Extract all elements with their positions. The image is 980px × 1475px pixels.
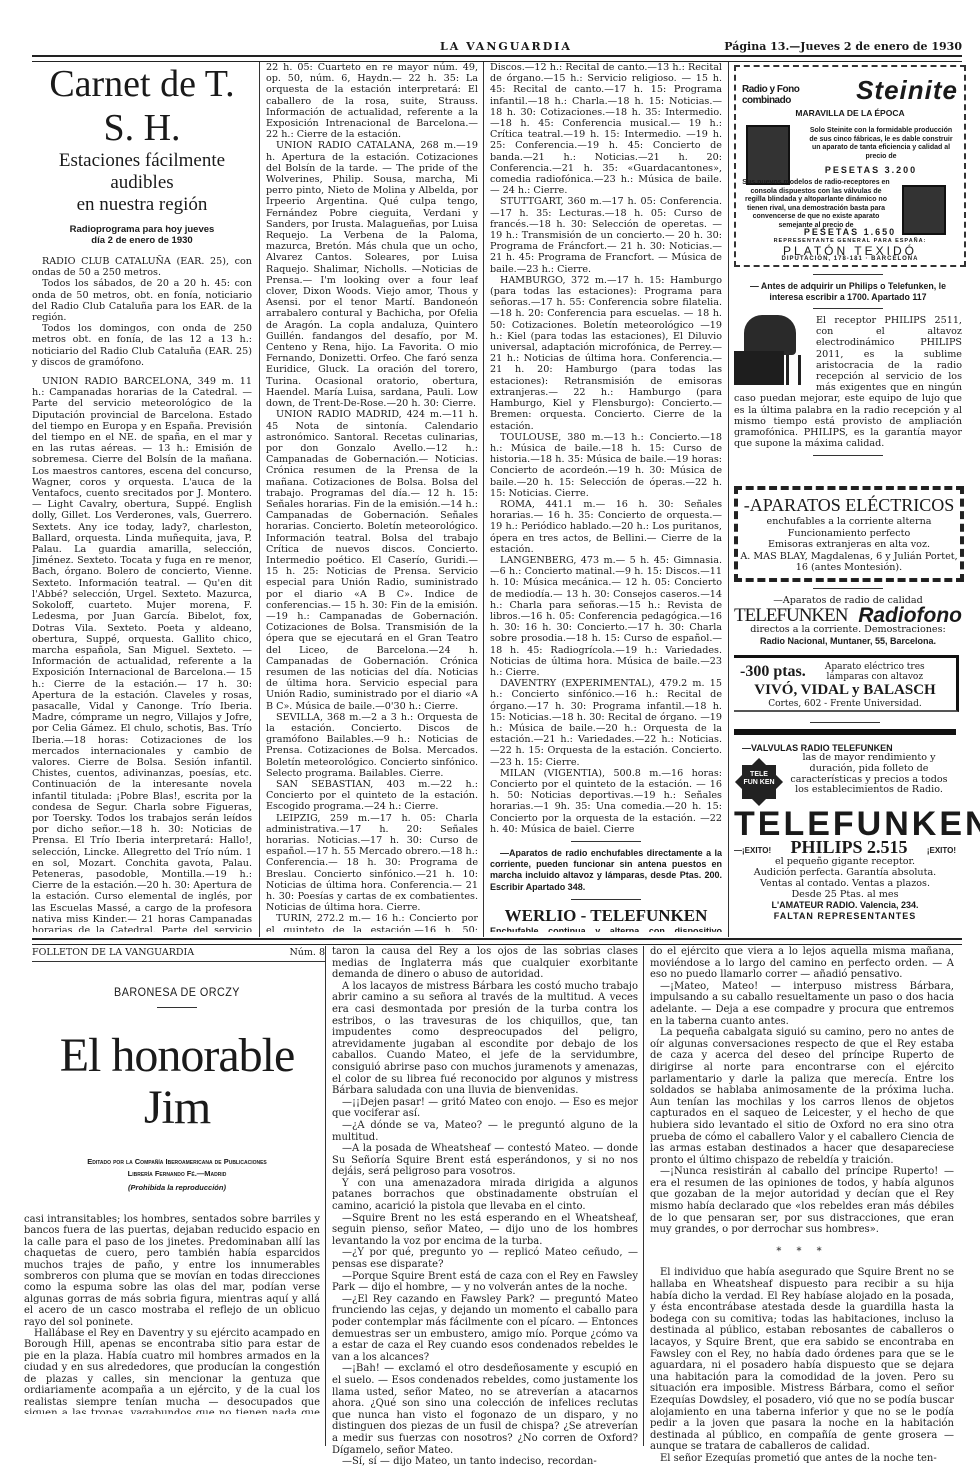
folleton-column-3: do el ejército que viera a lo lejos aque… bbox=[650, 946, 954, 1466]
station-paragraph: SEVILLA, 368 m.—2 a 3 h.: Orquesta de la… bbox=[266, 712, 478, 779]
page-masthead: LA VANGUARDIA Página 13.—Jueves 2 de ene… bbox=[32, 40, 962, 54]
philips-2515-line-1: el pequeño gigante receptor. bbox=[734, 856, 956, 867]
radiofono-brand: Radiofono bbox=[858, 610, 962, 622]
masthead-rule bbox=[32, 55, 962, 62]
story-paragraph: A los lacayos de mistress Bárbara les co… bbox=[332, 981, 638, 1097]
story-paragraph: La pequeña cabalgata siguió su camino, p… bbox=[650, 1027, 954, 1166]
station-paragraph: LEIPZIG, 259 m.—17 h. 05: Charla adminis… bbox=[266, 813, 478, 914]
carnet-subtitle-2: en nuestra región bbox=[32, 194, 252, 216]
thick-rule bbox=[734, 729, 956, 735]
philips-2515-title: PHILIPS 2.515 bbox=[790, 842, 907, 853]
folleton-author: BARONESA DE ORCZY bbox=[47, 985, 308, 999]
carnet-subtitle-1: Estaciones fácilmente audibles bbox=[32, 150, 252, 194]
page-info: Página 13.—Jueves 2 de enero de 1930 bbox=[724, 40, 962, 53]
valvulas-text: las de mayor rendimiento y duración, pid… bbox=[784, 753, 954, 796]
section-rule bbox=[32, 938, 962, 945]
story-paragraph: Y con una amenazadora mirada dirigida a … bbox=[332, 1178, 638, 1213]
steinite-price-2: PESETAS 1.650 bbox=[736, 227, 964, 237]
divider bbox=[813, 588, 883, 589]
station-paragraph: UNION RADIO BARCELONA, 349 m. 11 h.: Cam… bbox=[32, 376, 252, 932]
column-divider bbox=[259, 62, 260, 937]
publication-name: LA VANGUARDIA bbox=[440, 40, 572, 53]
stations-column-2: 22 h. 05: Cuarteto en re mayor núm. 49, … bbox=[266, 62, 478, 932]
story-paragraph: casi intransitables; los hombres, sentad… bbox=[24, 1214, 320, 1328]
story-paragraph: El señor Ezequías prometió que antes de … bbox=[650, 1453, 954, 1465]
station-paragraph: ROMA, 441.1 m.— 16 h. 30: Señales horari… bbox=[490, 499, 722, 555]
stations-column-3: Discos.—12 h.: Recital de canto.—13 h.: … bbox=[490, 62, 722, 932]
philips-2515-line-5: L'AMATEUR RADIO. Valencia, 234. bbox=[734, 900, 956, 911]
steinite-header: Radio y Fono combinado Steinite bbox=[736, 67, 964, 106]
divider bbox=[157, 1007, 197, 1008]
story-paragraph: —¡Nunca resistirán al caballo del prínci… bbox=[650, 1166, 954, 1236]
divider bbox=[813, 455, 883, 456]
story-paragraph: —¿El Rey cazando en Fawsley Park? — preg… bbox=[332, 1294, 638, 1364]
folleton-credit-3: (Prohibida la reproducción) bbox=[32, 1183, 322, 1192]
folleton-title-block: BARONESA DE ORCZY El honorable Jim Edita… bbox=[32, 985, 322, 1192]
station-paragraph: LANGENBERG, 473 m.— 5 h. 45: Gimnasia.—6… bbox=[490, 555, 722, 678]
program-label: Radioprograma para hoy jueves día 2 de e… bbox=[32, 224, 252, 246]
station-paragraph: Discos.—12 h.: Recital de canto.—13 h.: … bbox=[490, 62, 722, 196]
program-label-line-2: día 2 de enero de 1930 bbox=[32, 235, 252, 246]
vivo-vidal-ad: -300 ptas. Aparato eléctrico tres lámpar… bbox=[734, 655, 959, 712]
story-paragraph: Hallábase el Rey en Daventry y su ejérci… bbox=[24, 1328, 320, 1414]
aparatos-electricos-ad: -APARATOS ELÉCTRICOS enchufables a la co… bbox=[734, 486, 964, 582]
exito-right: ¡EXITO! bbox=[927, 845, 956, 856]
ad-enchufables: —Aparatos de radio enchufables directame… bbox=[490, 848, 722, 893]
vivo-name: VIVÓ, VIDAL y BALASCH bbox=[734, 682, 956, 699]
steinite-brand: Steinite bbox=[856, 75, 958, 106]
station-paragraph: HAMBURGO, 372 m.—17 h. 15: Hamburgo (par… bbox=[490, 275, 722, 432]
aparatos-title: -APARATOS ELÉCTRICOS bbox=[738, 494, 960, 516]
folleton-column-1: casi intransitables; los hombres, sentad… bbox=[24, 1214, 320, 1414]
section-break: * * * bbox=[650, 1246, 954, 1258]
story-paragraph: —¡Bah! — exclamó el otro desdeñosamente … bbox=[332, 1363, 638, 1456]
carnet-title: Carnet de T. S. H. bbox=[32, 62, 252, 150]
column-divider bbox=[483, 62, 484, 937]
story-paragraph: —Squire Brent no les está esperando en e… bbox=[332, 1213, 638, 1248]
station-paragraph: MILAN (VIGENTIA), 500.8 m.—16 horas: Con… bbox=[490, 768, 722, 835]
radio-console-image bbox=[746, 125, 790, 185]
werlio-title: WERLIO - TELEFUNKEN bbox=[490, 906, 722, 926]
story-paragraph: El individuo que había asegurado que Squ… bbox=[650, 1267, 954, 1453]
steinite-text-1: Solo Steinite con la formidable producci… bbox=[806, 127, 956, 161]
story-paragraph: do el ejército que viera a lo lejos aque… bbox=[650, 946, 954, 981]
philips-2515-line-6: FALTAN REPRESENTANTES bbox=[734, 911, 956, 922]
station-paragraph: RADIO CLUB CATALUÑA (EAR. 25), con ondas… bbox=[32, 256, 252, 278]
divider bbox=[813, 274, 883, 275]
radiofono-line-1: directos a la corriente. Demostraciones: bbox=[734, 624, 962, 636]
story-paragraph: —¿A dónde se va, Mateo? — le preguntó al… bbox=[332, 1120, 638, 1143]
antes-ad: — Antes de adquirir un Philips o Telefun… bbox=[734, 281, 962, 302]
philips-2515-header: —¡EXITO! PHILIPS 2.515 ¡EXITO! bbox=[734, 842, 956, 856]
radiofono-line-2: Radio Nacional, Muntaner, 55, Barcelona. bbox=[734, 636, 962, 648]
telefunken-star-logo-icon: TELE FUN KEN bbox=[742, 765, 776, 799]
station-paragraph: SAN SEBASTIAN, 403 m.—22 h.: Concierto p… bbox=[266, 779, 478, 813]
radiofono-brands: TELEFUNKEN Radiofono bbox=[734, 610, 962, 622]
folleton-credit-1: Editado por la Compañía Iberoamericana d… bbox=[32, 1156, 322, 1168]
folleton-title: El honorable Jim bbox=[32, 1030, 322, 1134]
telefunken-logo-text: TELE FUN KEN bbox=[742, 771, 776, 787]
station-paragraph: UNION RADIO CATALANA, 268 m.—19 h. Apert… bbox=[266, 140, 478, 409]
folleton-column-2: taron la causa del Rey a los ojos de las… bbox=[332, 946, 638, 1466]
carnet-column: Carnet de T. S. H. Estaciones fácilmente… bbox=[32, 62, 252, 932]
philips-2515-line-2: Audición perfecta. Garantía absoluta. bbox=[734, 867, 956, 878]
column-divider bbox=[728, 62, 729, 937]
aparatos-line-3: Emisoras extranjeras en alta voz. bbox=[738, 539, 960, 551]
story-paragraph: taron la causa del Rey a los ojos de las… bbox=[332, 946, 638, 981]
vivo-header: -300 ptas. Aparato eléctrico tres lámpar… bbox=[734, 658, 956, 682]
folleton-number: Núm. 8 bbox=[289, 947, 325, 961]
philips-receiver-image bbox=[734, 315, 812, 389]
station-paragraph: 22 h. 05: Cuarteto en re mayor núm. 49, … bbox=[266, 62, 478, 140]
steinite-ad: Radio y Fono combinado Steinite MARAVILL… bbox=[734, 65, 966, 267]
divider bbox=[810, 722, 880, 723]
philips-2515-line-3: Ventas al contado. Ventas a plazos. bbox=[734, 878, 956, 889]
philips-2515-ad: —¡EXITO! PHILIPS 2.515 ¡EXITO! el pequeñ… bbox=[734, 842, 956, 922]
story-paragraph: —¡¡Dejen pasar! — gritó Mateo con enojo.… bbox=[332, 1097, 638, 1120]
story-paragraph: —¡Mateo, Mateo! — interpuso mistress Bár… bbox=[650, 981, 954, 1027]
divider bbox=[571, 841, 641, 842]
exito-left: —¡EXITO! bbox=[734, 845, 771, 856]
valvulas-ad: —VALVULAS RADIO TELEFUNKEN TELE FUN KEN … bbox=[734, 716, 956, 844]
station-paragraph: STUTTGART, 360 m.—17 h. 05: Conferencia.… bbox=[490, 196, 722, 274]
column-divider bbox=[325, 946, 326, 1446]
aparatos-line-2: Funcionamiento perfecto bbox=[738, 528, 960, 540]
story-paragraph: —Sí, sí — dijo Mateo, un tanto indeciso,… bbox=[332, 1456, 638, 1466]
steinite-tagline: Radio y Fono combinado bbox=[742, 84, 850, 106]
philips-2515-line-4: Desde 25 Ptas. al mes bbox=[734, 889, 956, 900]
station-paragraph: Todos los sábados, de 20 a 20 h. 45: con… bbox=[32, 278, 252, 323]
radiofono-brand-telefunken: TELEFUNKEN bbox=[734, 610, 847, 622]
divider bbox=[571, 899, 641, 900]
steinite-rep-address: DIPUTACIÓN, 178-181 · BARCELONA bbox=[736, 256, 964, 262]
station-paragraph: DAVENTRY (EXPERIMENTAL), 479.2 m. 15 h.:… bbox=[490, 678, 722, 768]
divider bbox=[813, 308, 883, 309]
werlio-text: Enchufable continua y alterna con dispos… bbox=[490, 926, 722, 932]
column-divider bbox=[643, 946, 644, 1446]
folleton-header-left: FOLLETON DE LA VANGUARDIA bbox=[32, 947, 194, 961]
vivo-desc: Aparato eléctrico tres lámparas con alta… bbox=[820, 662, 930, 682]
vivo-price: -300 ptas. bbox=[740, 663, 806, 681]
vivo-address: Cortes, 602 - Frente Universidad. bbox=[734, 699, 956, 709]
station-paragraph: TOULOUSE, 380 m.—13 h.: Concierto.—18 h.… bbox=[490, 432, 722, 499]
folleton-credit-2: Librería Fernando Fé.—Madrid bbox=[32, 1168, 322, 1180]
station-paragraph: TURIN, 272.2 m.— 16 h.: Concierto por el… bbox=[266, 913, 478, 932]
steinite-price-1: PESETAS 3.200 bbox=[796, 165, 946, 175]
steinite-headline: MARAVILLA DE LA ÉPOCA bbox=[736, 108, 964, 118]
program-label-line-1: Radioprograma para hoy jueves bbox=[32, 224, 252, 235]
story-paragraph: —A la posada de Wheatsheaf — contestó Ma… bbox=[332, 1143, 638, 1178]
aparatos-line-4: A. MAS BLAY, Magdalenas, 6 y Julián Port… bbox=[738, 551, 960, 574]
story-paragraph: —Porque Squire Brent está de caza con el… bbox=[332, 1271, 638, 1294]
radiofono-ad: —Aparatos de radio de calidad TELEFUNKEN… bbox=[734, 582, 962, 647]
folleton-header: FOLLETON DE LA VANGUARDIA Núm. 8 bbox=[32, 947, 325, 962]
station-paragraph: Todos los domingos, con onda de 250 metr… bbox=[32, 323, 252, 368]
steinite-text-2: Sus nuevos modelos de radio-receptores e… bbox=[742, 179, 890, 230]
valvulas-body: TELE FUN KEN las de mayor rendimiento y … bbox=[734, 753, 956, 805]
station-paragraph: UNION RADIO MADRID, 424 m.—11 h. 45 Nota… bbox=[266, 409, 478, 711]
aparatos-line-1: enchufables a la corriente alterna bbox=[738, 516, 960, 528]
story-paragraph: —¿Y por qué, pregunto yo — replicó Mateo… bbox=[332, 1247, 638, 1270]
